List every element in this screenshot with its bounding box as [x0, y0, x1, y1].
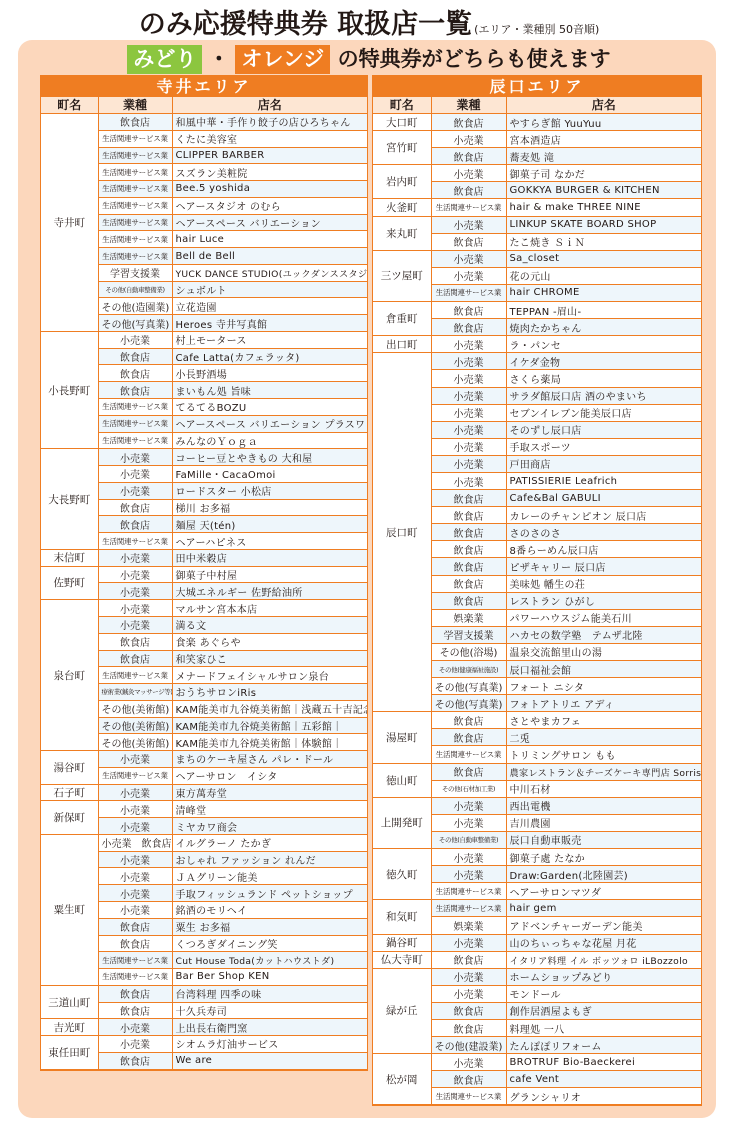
category-cell: 飲食店 [98, 985, 172, 1002]
category-cell: 生活関連サービス業 [98, 399, 172, 416]
category-cell: 生活関連サービス業 [98, 415, 172, 432]
orange-voucher-badge: オレンジ [235, 45, 330, 74]
shop-name-cell: さとやまカフェ [506, 712, 701, 729]
category-cell: 小売業 [98, 818, 172, 835]
shop-name-cell: Cafe&Bal GABULI [506, 490, 701, 507]
shop-name-cell: さのさのさ [506, 524, 701, 541]
shop-name-cell: 中川石材 [506, 780, 701, 797]
town-cell: 石子町 [41, 784, 98, 801]
shop-name-cell: 十久兵寿司 [172, 1002, 367, 1019]
category-cell: 小売業 [431, 797, 506, 814]
category-cell: その他(石材加工業) [431, 780, 506, 797]
category-cell: 小売業 [431, 165, 506, 182]
shop-name-cell: 銘酒のモリヘイ [172, 901, 367, 918]
shop-name-cell: さくら薬局 [506, 370, 701, 387]
category-cell: 娯楽業 [431, 609, 506, 626]
category-cell: 小売業 [431, 985, 506, 1002]
category-cell: 飲食店 [431, 763, 506, 780]
table-row: 湯谷町小売業まちのケーキ屋さん パレ・ドール [41, 751, 367, 768]
column-header-category: 業種 [431, 97, 506, 114]
shop-name-cell: 粟生 お多福 [172, 918, 367, 935]
shop-name-cell: TEPPAN -眉山- [506, 302, 701, 319]
category-cell: 小売業 [98, 1036, 172, 1053]
shop-name-cell: セブンイレブン能美辰口店 [506, 404, 701, 421]
category-cell: 飲食店 [431, 490, 506, 507]
category-cell: その他(造園業) [98, 298, 172, 315]
shop-name-cell: 辰口自動車販売 [506, 831, 701, 848]
shop-name-cell: くたに美容室 [172, 130, 367, 147]
column-header-shop: 店名 [506, 97, 701, 114]
category-cell: その他(写真業) [431, 678, 506, 695]
shop-name-cell: ハカセの数学塾 テムザ北陸 [506, 626, 701, 643]
shop-table: 町名 業種 店名 寺井町飲食店和風中華・手作り餃子の店ひろちゃん生活関連サービス… [41, 97, 367, 1070]
shop-name-cell: ヘアーサロン イシタ [172, 767, 367, 784]
shop-name-cell: 山のちぃっちゃな花屋 月花 [506, 934, 701, 951]
shop-name-cell: たこ焼き ＳｉＮ [506, 233, 701, 250]
table-row: 寺井町飲食店和風中華・手作り餃子の店ひろちゃん [41, 114, 367, 131]
table-row: 火釜町生活関連サービス業hair & make THREE NINE [373, 199, 701, 216]
table-row: 岩内町小売業御菓子司 なかだ [373, 165, 701, 182]
category-cell: 飲食店 [98, 650, 172, 667]
shop-name-cell: 村上モータース [172, 331, 367, 348]
voucher-banner: みどり・オレンジ の特典券がどちらも使えます [0, 44, 738, 74]
category-cell: 小売業 [98, 784, 172, 801]
shop-name-cell: 美味処 幡生の荘 [506, 575, 701, 592]
shop-name-cell: ヘアーサロンマツダ [506, 883, 701, 900]
shop-name-cell: グランシャリオ [506, 1088, 701, 1105]
shop-name-cell: KAM能美市九谷焼美術館｜五彩館｜ [172, 717, 367, 734]
category-cell: 生活関連サービス業 [98, 969, 172, 986]
shop-name-cell: 焼肉たかちゃん [506, 319, 701, 336]
shop-table: 町名 業種 店名 大口町飲食店やすらぎ館 YuuYuu宮竹町小売業宮本酒造店飲食… [373, 97, 701, 1105]
area-title: 辰口エリア [373, 76, 701, 97]
column-header-shop: 店名 [172, 97, 367, 114]
town-cell: 仏大寺町 [373, 951, 431, 968]
town-cell: 緑が丘 [373, 968, 431, 1053]
table-row: 出口町小売業ラ・パンセ [373, 336, 701, 353]
category-cell: 小売業 [98, 851, 172, 868]
category-cell: 小売業 [431, 404, 506, 421]
shop-name-cell: そのずし辰口店 [506, 421, 701, 438]
category-cell: 小売業 [431, 934, 506, 951]
shop-name-cell: GOKKYA BURGER & KITCHEN [506, 182, 701, 199]
category-cell: 生活関連サービス業 [98, 147, 172, 164]
shop-name-cell: おしゃれ ファッション れんだ [172, 851, 367, 868]
table-header-row: 町名 業種 店名 [41, 97, 367, 114]
shop-name-cell: 立花造園 [172, 298, 367, 315]
category-cell: 小売業 [98, 751, 172, 768]
column-header-category: 業種 [98, 97, 172, 114]
shop-name-cell: まちのケーキ屋さん パレ・ドール [172, 751, 367, 768]
town-cell: 来丸町 [373, 216, 431, 250]
shop-name-cell: 西出電機 [506, 797, 701, 814]
category-cell: 小売業 [431, 968, 506, 985]
table-row: 末信町小売業田中米穀店 [41, 549, 367, 566]
category-cell: 小売業 [431, 370, 506, 387]
town-cell: 末信町 [41, 549, 98, 566]
shop-name-cell: 清峰堂 [172, 801, 367, 818]
table-row: 新保町小売業清峰堂 [41, 801, 367, 818]
town-cell: 湯谷町 [41, 751, 98, 785]
table-row: 三ツ屋町小売業Sa_closet [373, 250, 701, 267]
shop-name-cell: マルサン宮本本店 [172, 600, 367, 617]
category-cell: 娯楽業 [431, 917, 506, 934]
table-row: 三道山町飲食店台湾料理 四季の味 [41, 985, 367, 1002]
category-cell: 小売業 [431, 438, 506, 455]
shop-name-cell: レストラン ひがし [506, 592, 701, 609]
shop-name-cell: メナードフェイシャルサロン泉台 [172, 667, 367, 684]
table-row: 辰口町小売業イケダ金物 [373, 353, 701, 370]
shop-name-cell: 食楽 あぐらや [172, 633, 367, 650]
town-cell: 辰口町 [373, 353, 431, 712]
shop-name-cell: YUCK DANCE STUDIO(ユックダンススタジオ) [172, 264, 367, 281]
banner-separator: ・ [208, 45, 229, 73]
banner-text: の特典券がどちらも使えます [338, 47, 611, 71]
category-cell: 生活関連サービス業 [431, 746, 506, 763]
category-cell: 小売業 [98, 549, 172, 566]
table-row: 湯屋町飲食店さとやまカフェ [373, 712, 701, 729]
table-row: 泉台町小売業マルサン宮本本店 [41, 600, 367, 617]
shop-name-cell: hair Luce [172, 231, 367, 248]
shop-name-cell: ＪＡグリーン能美 [172, 868, 367, 885]
town-cell: 出口町 [373, 336, 431, 353]
category-cell: その他(健康福祉施設) [431, 661, 506, 678]
town-cell: 寺井町 [41, 114, 98, 332]
shop-name-cell: hair CHROME [506, 284, 701, 301]
shop-name-cell: 辰口福祉会館 [506, 661, 701, 678]
category-cell: 飲食店 [98, 348, 172, 365]
category-cell: 小売業 [431, 131, 506, 148]
shop-name-cell: 御菓子司 なかだ [506, 165, 701, 182]
shop-name-cell: Bell de Bell [172, 248, 367, 265]
page-title: のみ応援特典券 取扱店一覧(エリア・業種別 50音順) [0, 2, 738, 41]
shop-name-cell: 蕎麦処 滝 [506, 148, 701, 165]
category-cell: 生活関連サービス業 [431, 883, 506, 900]
shop-name-cell: 宮本酒造店 [506, 131, 701, 148]
category-cell: 飲食店 [98, 499, 172, 516]
shop-name-cell: シオムラ灯油サービス [172, 1036, 367, 1053]
category-cell: 生活関連サービス業 [431, 284, 506, 301]
category-cell: 生活関連サービス業 [98, 767, 172, 784]
table-row: 仏大寺町飲食店イタリア料理 イル ボッツォロ iLBozzolo [373, 951, 701, 968]
category-cell: 小売業 [98, 600, 172, 617]
category-cell: 学習支援業 [98, 264, 172, 281]
shop-name-cell: 御菓子中村屋 [172, 566, 367, 583]
area-table-tatsunokuchi: 辰口エリア 町名 業種 店名 大口町飲食店やすらぎ館 YuuYuu宮竹町小売業宮… [372, 75, 702, 1106]
category-cell: 飲食店 [98, 365, 172, 382]
shop-name-cell: ホームショップみどり [506, 968, 701, 985]
category-cell: 小売業 [98, 1019, 172, 1036]
category-cell: 生活関連サービス業 [98, 667, 172, 684]
town-cell: 東任田町 [41, 1036, 98, 1070]
category-cell: 飲食店 [431, 302, 506, 319]
table-row: 大口町飲食店やすらぎ館 YuuYuu [373, 114, 701, 131]
shop-name-cell: 梯川 お多福 [172, 499, 367, 516]
category-cell: 飲食店 [431, 575, 506, 592]
category-cell: 飲食店 [98, 516, 172, 533]
category-cell: 小売業 [98, 583, 172, 600]
category-cell: 生活関連サービス業 [98, 214, 172, 231]
category-cell: 小売業 [431, 267, 506, 284]
category-cell: その他(写真業) [431, 695, 506, 712]
category-cell: 小売業 [98, 449, 172, 466]
shop-name-cell: 田中米穀店 [172, 549, 367, 566]
category-cell: 小売業 [98, 466, 172, 483]
category-cell: その他(建設業) [431, 1037, 506, 1054]
shop-name-cell: フォート ニシタ [506, 678, 701, 695]
town-cell: 鍋谷町 [373, 934, 431, 951]
shop-name-cell: みんなのＹｏｇａ [172, 432, 367, 449]
shop-name-cell: Draw:Garden(北陸園芸) [506, 866, 701, 883]
category-cell: 小売業 [431, 455, 506, 472]
shop-name-cell: hair gem [506, 900, 701, 917]
shop-name-cell: 料理処 一八 [506, 1019, 701, 1036]
town-cell: 宮竹町 [373, 131, 431, 165]
category-cell: 飲食店 [431, 1071, 506, 1088]
page-title-main: のみ応援特典券 取扱店一覧 [139, 9, 472, 40]
category-cell: 飲食店 [431, 114, 506, 131]
category-cell: その他(浴場) [431, 643, 506, 660]
category-cell: 飲食店 [431, 712, 506, 729]
town-cell: 徳山町 [373, 763, 431, 797]
shop-name-cell: Heroes 寺井写真館 [172, 315, 367, 332]
category-cell: 小売業 [431, 1054, 506, 1071]
shop-name-cell: 台湾料理 四季の味 [172, 985, 367, 1002]
town-cell: 大口町 [373, 114, 431, 131]
shop-name-cell: 手取スポーツ [506, 438, 701, 455]
category-cell: 小売業 [431, 353, 506, 370]
category-cell: 飲食店 [431, 182, 506, 199]
category-cell: 飲食店 [98, 114, 172, 131]
town-cell: 倉重町 [373, 302, 431, 336]
shop-name-cell: FaMille・CacaOmoi [172, 466, 367, 483]
town-cell: 粟生町 [41, 834, 98, 985]
shop-name-cell: 小長野酒場 [172, 365, 367, 382]
table-row: 和気町生活関連サービス業hair gem [373, 900, 701, 917]
shop-name-cell: Sa_closet [506, 250, 701, 267]
category-cell: その他(美術館) [98, 700, 172, 717]
shop-name-cell: パワーハウスジム能美石川 [506, 609, 701, 626]
town-cell: 大長野町 [41, 449, 98, 550]
shop-name-cell: 手取フィッシュランド ペットショップ [172, 885, 367, 902]
category-cell: 小売業 [98, 482, 172, 499]
category-cell: 小売業 飲食店 [98, 834, 172, 851]
table-row: 鍋谷町小売業山のちぃっちゃな花屋 月花 [373, 934, 701, 951]
category-cell: その他(美術館) [98, 717, 172, 734]
category-cell: 小売業 [431, 387, 506, 404]
shop-name-cell: シュボルト [172, 281, 367, 298]
table-row: 宮竹町小売業宮本酒造店 [373, 131, 701, 148]
area-table-terai: 寺井エリア 町名 業種 店名 寺井町飲食店和風中華・手作り餃子の店ひろちゃん生活… [40, 75, 368, 1071]
category-cell: 生活関連サービス業 [431, 900, 506, 917]
category-cell: 小売業 [431, 849, 506, 866]
category-cell: 生活関連サービス業 [98, 248, 172, 265]
town-cell: 三道山町 [41, 985, 98, 1019]
category-cell: 飲食店 [431, 233, 506, 250]
shop-name-cell: ミヤカワ商会 [172, 818, 367, 835]
shop-name-cell: Bar Ber Shop KEN [172, 969, 367, 986]
category-cell: 小売業 [431, 250, 506, 267]
table-row: 上開発町小売業西出電機 [373, 797, 701, 814]
town-cell: 和気町 [373, 900, 431, 934]
category-cell: 学習支援業 [431, 626, 506, 643]
shop-name-cell: 和笑家ひこ [172, 650, 367, 667]
category-cell: 小売業 [98, 566, 172, 583]
shop-name-cell: 温泉交流館里山の湯 [506, 643, 701, 660]
shop-name-cell: We are [172, 1052, 367, 1069]
table-row: 緑が丘小売業ホームショップみどり [373, 968, 701, 985]
category-cell: 小売業 [98, 885, 172, 902]
shop-name-cell: hair & make THREE NINE [506, 199, 701, 216]
category-cell: 生活関連サービス業 [98, 130, 172, 147]
column-header-town: 町名 [41, 97, 98, 114]
category-cell: 小売業 [431, 472, 506, 489]
shop-name-cell: ヘアーハピネス [172, 533, 367, 550]
shop-name-cell: ロードスター 小松店 [172, 482, 367, 499]
shop-name-cell: スズラン美粧院 [172, 164, 367, 181]
category-cell: その他(自動車整備業) [98, 281, 172, 298]
shop-name-cell: 満る文 [172, 616, 367, 633]
table-row: 大長野町小売業コーヒー豆とやきもの 大和屋 [41, 449, 367, 466]
shop-name-cell: イケダ金物 [506, 353, 701, 370]
shop-name-cell: ヘアースペース バリエーション [172, 214, 367, 231]
table-row: 倉重町飲食店TEPPAN -眉山- [373, 302, 701, 319]
category-cell: 小売業 [98, 801, 172, 818]
shop-name-cell: 大城エネルギー 佐野給油所 [172, 583, 367, 600]
shop-name-cell: cafe Vent [506, 1071, 701, 1088]
category-cell: 飲食店 [431, 558, 506, 575]
category-cell: 生活関連サービス業 [431, 1088, 506, 1105]
shop-name-cell: アドベンチャーガーデン能美 [506, 917, 701, 934]
area-title: 寺井エリア [41, 76, 367, 97]
shop-name-cell: ヘアースタジオ のむら [172, 197, 367, 214]
shop-name-cell: 8番らーめん辰口店 [506, 541, 701, 558]
shop-name-cell: モンドール [506, 985, 701, 1002]
category-cell: その他(美術館) [98, 734, 172, 751]
shop-name-cell: LINKUP SKATE BOARD SHOP [506, 216, 701, 233]
category-cell: 生活関連サービス業 [98, 181, 172, 198]
category-cell: 小売業 [431, 216, 506, 233]
category-cell: 生活関連サービス業 [98, 231, 172, 248]
town-cell: 三ツ屋町 [373, 250, 431, 301]
shop-name-cell: トリミングサロン もも [506, 746, 701, 763]
town-cell: 新保町 [41, 801, 98, 835]
table-row: 佐野町小売業御菓子中村屋 [41, 566, 367, 583]
category-cell: 小売業 [431, 866, 506, 883]
shop-name-cell: やすらぎ館 YuuYuu [506, 114, 701, 131]
shop-name-cell: イタリア料理 イル ボッツォロ iLBozzolo [506, 951, 701, 968]
shop-name-cell: おうちサロンiRis [172, 684, 367, 701]
town-cell: 小長野町 [41, 331, 98, 448]
table-row: 徳久町小売業御菓子處 たなか [373, 849, 701, 866]
category-cell: 飲食店 [98, 382, 172, 399]
town-cell: 上開発町 [373, 797, 431, 848]
category-cell: 飲食店 [431, 319, 506, 336]
shop-name-cell: 上出長右衛門窯 [172, 1019, 367, 1036]
category-cell: 飲食店 [431, 524, 506, 541]
category-cell: その他(写真業) [98, 315, 172, 332]
town-cell: 吉光町 [41, 1019, 98, 1036]
shop-name-cell: BROTRUF Bio-Baeckerei [506, 1054, 701, 1071]
shop-name-cell: てるてるBOZU [172, 399, 367, 416]
category-cell: その他(自動車整備業) [431, 831, 506, 848]
category-cell: 飲食店 [431, 951, 506, 968]
shop-name-cell: カレーのチャンピオン 辰口店 [506, 507, 701, 524]
table-row: 徳山町飲食店農家レストラン＆チーズケーキ専門店 Sorriso [373, 763, 701, 780]
shop-name-cell: イルグラーノ たかぎ [172, 834, 367, 851]
category-cell: 飲食店 [98, 935, 172, 952]
category-cell: 生活関連サービス業 [98, 533, 172, 550]
shop-name-cell: コーヒー豆とやきもの 大和屋 [172, 449, 367, 466]
category-cell: 飲食店 [431, 148, 506, 165]
table-row: 吉光町小売業上出長右衛門窯 [41, 1019, 367, 1036]
category-cell: 生活関連サービス業 [98, 197, 172, 214]
shop-name-cell: KAM能美市九谷焼美術館｜体験館｜ [172, 734, 367, 751]
table-row: 東任田町小売業シオムラ灯油サービス [41, 1036, 367, 1053]
shop-name-cell: ヘアースペース バリエーション プラスワン [172, 415, 367, 432]
column-header-town: 町名 [373, 97, 431, 114]
category-cell: 生活関連サービス業 [98, 432, 172, 449]
town-cell: 岩内町 [373, 165, 431, 199]
page-title-note: (エリア・業種別 50音順) [474, 23, 599, 36]
shop-name-cell: PATISSIERIE Leafrich [506, 472, 701, 489]
category-cell: 生活関連サービス業 [431, 199, 506, 216]
shop-name-cell: Cut House Toda(カットハウストダ) [172, 952, 367, 969]
category-cell: 飲食店 [431, 592, 506, 609]
table-row: 松が岡小売業BROTRUF Bio-Baeckerei [373, 1054, 701, 1071]
town-cell: 泉台町 [41, 600, 98, 751]
shop-name-cell: 花の元山 [506, 267, 701, 284]
category-cell: 飲食店 [431, 541, 506, 558]
shop-name-cell: サラダ館辰口店 酒のやまいち [506, 387, 701, 404]
category-cell: 飲食店 [431, 729, 506, 746]
table-header-row: 町名 業種 店名 [373, 97, 701, 114]
category-cell: 療術業(鍼灸マッサージ等) [98, 684, 172, 701]
shop-name-cell: 和風中華・手作り餃子の店ひろちゃん [172, 114, 367, 131]
category-cell: 小売業 [431, 421, 506, 438]
category-cell: 生活関連サービス業 [98, 164, 172, 181]
shop-name-cell: 吉川農園 [506, 814, 701, 831]
category-cell: 飲食店 [98, 633, 172, 650]
category-cell: 生活関連サービス業 [98, 952, 172, 969]
category-cell: 小売業 [98, 901, 172, 918]
category-cell: 飲食店 [431, 1002, 506, 1019]
town-cell: 徳久町 [373, 849, 431, 900]
category-cell: 飲食店 [98, 918, 172, 935]
category-cell: 飲食店 [431, 507, 506, 524]
table-row: 来丸町小売業LINKUP SKATE BOARD SHOP [373, 216, 701, 233]
shop-name-cell: 創作居酒屋よもぎ [506, 1002, 701, 1019]
shop-name-cell: くつろぎダイニング笑 [172, 935, 367, 952]
shop-name-cell: 農家レストラン＆チーズケーキ専門店 Sorriso [506, 763, 701, 780]
town-cell: 火釜町 [373, 199, 431, 216]
category-cell: 小売業 [98, 868, 172, 885]
shop-name-cell: 戸田商店 [506, 455, 701, 472]
category-cell: 飲食店 [431, 1019, 506, 1036]
shop-name-cell: ラ・パンセ [506, 336, 701, 353]
town-cell: 佐野町 [41, 566, 98, 600]
shop-name-cell: Cafe Latta(カフェラッタ) [172, 348, 367, 365]
category-cell: 小売業 [431, 336, 506, 353]
table-row: 小長野町小売業村上モータース [41, 331, 367, 348]
category-cell: 飲食店 [98, 1052, 172, 1069]
shop-name-cell: フォトアトリエ アディ [506, 695, 701, 712]
shop-name-cell: 麺屋 天(tén) [172, 516, 367, 533]
category-cell: 小売業 [98, 616, 172, 633]
shop-name-cell: CLIPPER BARBER [172, 147, 367, 164]
category-cell: 飲食店 [98, 1002, 172, 1019]
shop-name-cell: 御菓子處 たなか [506, 849, 701, 866]
